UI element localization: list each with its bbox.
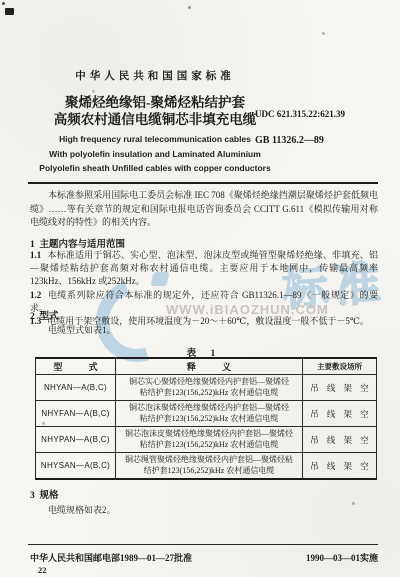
footer-divider <box>28 544 378 545</box>
definition-line1: 铜芯实心聚烯烃绝缘聚烯烃内护套铝—聚烯烃 <box>118 377 300 388</box>
foreword-paragraph: 本标准参照采用国际电工委员会标准 IEC 708《聚烯烃绝缘挡潮层聚烯烃护套低频… <box>30 189 378 230</box>
definition-line2: 粘结护套123(156,252)kHz 农村通信电缆 <box>118 388 300 399</box>
national-standard-label: 中华人民共和国国家标准 <box>30 68 280 83</box>
title-chinese-line1: 聚烯烃绝缘铝-聚烯烃粘结护套 <box>18 94 292 111</box>
table-row: NHYAN—A(B,C) 铜芯实心聚烯烃绝缘聚烯烃内护套铝—聚烯烃 粘结护套12… <box>36 375 377 401</box>
title-chinese-line2: 高频农村通信电缆铜芯非填充电缆 <box>18 111 292 128</box>
section-3-lead: 电缆规格如表2。 <box>30 503 378 516</box>
page-number: 22 <box>38 565 47 575</box>
cell-place: 吊 线 架 空 <box>303 375 377 401</box>
section-2-title: 型式 <box>40 312 59 322</box>
clause-1-2-number: 1.2 <box>30 290 41 300</box>
implementation-date: 1990—03—01实施 <box>306 551 378 564</box>
definition-line2: 粘结护套123(156,252)kHz 农村通信电缆 <box>118 414 300 425</box>
clause-1-2-text: 电缆系列除应符合本标准的规定外，还应符合 GB11326.1—89《一般规定》的… <box>30 290 378 313</box>
title-english-line3: Polyolefin sheath Unfilled cables with c… <box>10 161 300 176</box>
cell-model: NHYSAN—A(B,C) <box>36 453 116 480</box>
cell-model: NHYAN—A(B,C) <box>36 375 116 401</box>
definition-line2: 结护套123(156,252)kHz 农村通信电缆 <box>118 466 300 477</box>
clause-1-2: 1.2电缆系列除应符合本标准的规定外，还应符合 GB11326.1—89《一般规… <box>30 289 378 315</box>
clause-1-1-number: 1.1 <box>30 250 41 260</box>
title-english: High frequency rural telecommunication c… <box>10 132 300 176</box>
cell-definition: 铜芯绳管聚烯烃绝缘聚烯烃内护套铝—聚烯烃粘 结护套123(156,252)kHz… <box>116 453 303 480</box>
cell-model: NHYFAN—A(B,C) <box>36 401 116 427</box>
clause-1-1-text: 本标准适用于铜芯、实心型、泡沫型、泡沫皮型或绳管型聚烯烃绝缘、非填充、铝—聚烯烃… <box>30 250 378 286</box>
table-row: NHYSAN—A(B,C) 铜芯绳管聚烯烃绝缘聚烯烃内护套铝—聚烯烃粘 结护套1… <box>36 453 377 480</box>
scan-speck <box>5 8 14 15</box>
definition-line1: 铜芯泡沫皮聚烯烃绝缘聚烯烃内护套铝—聚烯烃 <box>118 429 300 440</box>
title-english-line1: High frequency rural telecommunication c… <box>10 132 300 147</box>
section-3-number: 3 <box>30 491 35 501</box>
section-2-heading: 2 型式 <box>30 308 59 322</box>
column-header-meaning: 释 义 <box>116 358 303 375</box>
definition-line2: 粘结护套123(156,252)kHz 农村通信电缆 <box>118 440 300 451</box>
definition-line1: 铜芯绳管聚烯烃绝缘聚烯烃内护套铝—聚烯烃粘 <box>118 455 300 466</box>
cell-definition: 铜芯实心聚烯烃绝缘聚烯烃内护套铝—聚烯烃 粘结护套123(156,252)kHz… <box>116 375 303 401</box>
approval-statement: 中华人民共和国邮电部1989—01—27批准 <box>30 551 192 564</box>
table-row: NHYPAN—A(B,C) 铜芯泡沫皮聚烯烃绝缘聚烯烃内护套铝—聚烯烃 粘结护套… <box>36 427 377 453</box>
scan-noise-dots <box>2 2 5 5</box>
column-header-type: 型 式 <box>36 358 116 375</box>
definition-line1: 铜芯泡沫聚烯烃绝缘聚烯烃内护套铝—聚烯烃 <box>118 403 300 414</box>
cell-place: 吊 线 架 空 <box>303 453 377 480</box>
cell-model: NHYPAN—A(B,C) <box>36 427 116 453</box>
cell-definition: 铜芯泡沫聚烯烃绝缘聚烯烃内护套铝—聚烯烃 粘结护套123(156,252)kHz… <box>116 401 303 427</box>
section-2-lead: 电缆型式如表1。 <box>30 323 378 336</box>
footer: 中华人民共和国邮电部1989—01—27批准 1990—03—01实施 <box>30 551 378 564</box>
table-1: 型 式 释 义 主要敷设场所 NHYAN—A(B,C) 铜芯实心聚烯烃绝缘聚烯烃… <box>35 357 377 480</box>
cell-definition: 铜芯泡沫皮聚烯烃绝缘聚烯烃内护套铝—聚烯烃 粘结护套123(156,252)kH… <box>116 427 303 453</box>
section-1-heading: 1 主题内容与适用范围 <box>30 236 125 250</box>
cell-place: 吊 线 架 空 <box>303 401 377 427</box>
standard-document-page: 标准 WWW.iBIAOZHUN.COM 中华人民共和国国家标准 聚烯烃绝缘铝-… <box>0 0 400 577</box>
clause-1-1: 1.1本标准适用于铜芯、实心型、泡沫型、泡沫皮型或绳管型聚烯烃绝缘、非填充、铝—… <box>30 249 378 289</box>
section-3-heading: 3 规格 <box>30 487 59 501</box>
title-english-line2: With polyolefin insulation and Laminated… <box>10 147 300 162</box>
column-header-place: 主要敷设场所 <box>303 358 377 375</box>
cell-place: 吊 线 架 空 <box>303 427 377 453</box>
section-3-title: 规格 <box>40 491 59 501</box>
header-divider <box>28 182 378 184</box>
udc-classification: UDC 621.315.22:621.39 <box>255 109 345 119</box>
title-chinese: 聚烯烃绝缘铝-聚烯烃粘结护套 高频农村通信电缆铜芯非填充电缆 <box>18 94 292 128</box>
section-1-clauses: 1.1本标准适用于铜芯、实心型、泡沫型、泡沫皮型或绳管型聚烯烃绝缘、非填充、铝—… <box>30 249 378 328</box>
table-row: NHYFAN—A(B,C) 铜芯泡沫聚烯烃绝缘聚烯烃内护套铝—聚烯烃 粘结护套1… <box>36 401 377 427</box>
section-2-number: 2 <box>30 312 35 322</box>
